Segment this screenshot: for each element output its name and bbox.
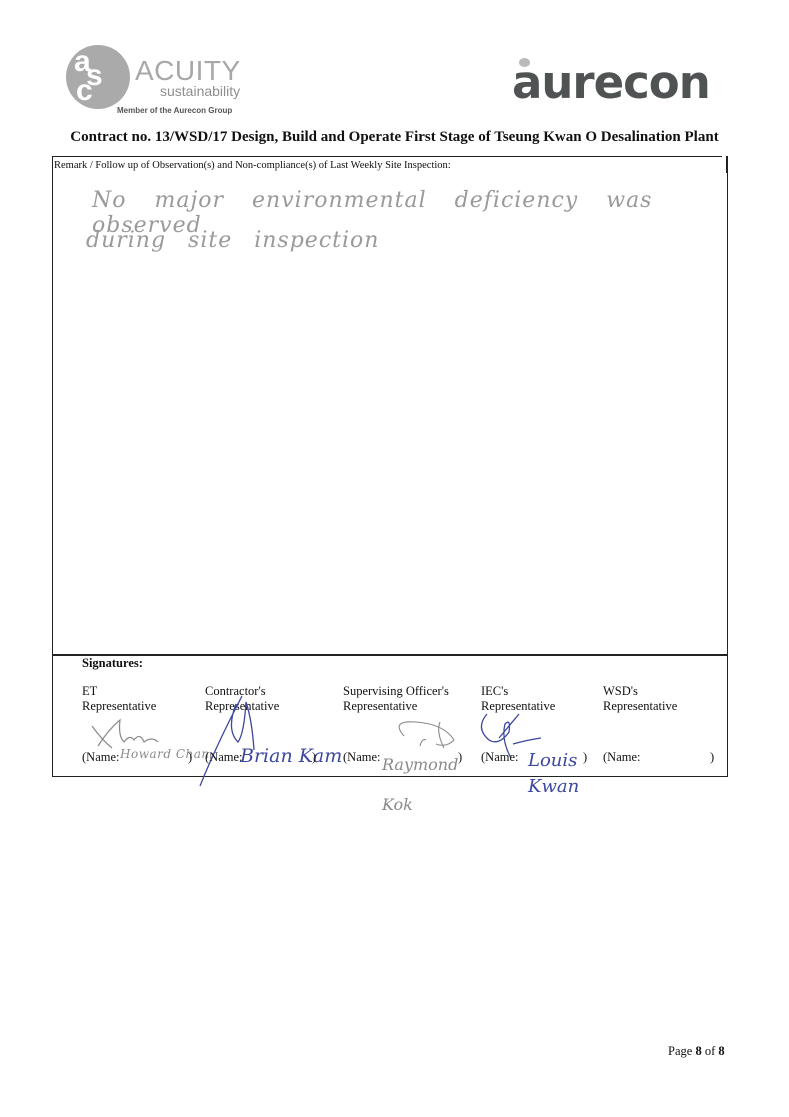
- iec-handwritten-name: Louis Kwan: [528, 748, 588, 800]
- signatures-heading: Signatures:: [82, 656, 143, 671]
- contractor-name-field: (Name:: [205, 750, 242, 765]
- supervising-name-field: (Name:: [343, 750, 380, 765]
- aurecon-logo: aurecon: [512, 58, 710, 108]
- role-line-1: IEC's: [481, 684, 555, 699]
- handwritten-remark-line-2: during site inspection: [86, 228, 379, 253]
- contractor-handwritten-name: Brian Kam: [240, 745, 342, 767]
- aurecon-logo-dot-icon: [519, 58, 530, 67]
- role-line-2: Representative: [603, 699, 677, 714]
- contractor-name-close: ): [312, 750, 316, 765]
- acuity-logo-name: ACUITY: [135, 57, 241, 85]
- role-line-2: Representative: [343, 699, 449, 714]
- signature-role-wsd: WSD's Representative: [603, 684, 677, 714]
- role-line-1: ET: [82, 684, 156, 699]
- page-number: Page 8 of 8: [668, 1044, 725, 1059]
- contract-title: Contract no. 13/WSD/17 Design, Build and…: [0, 129, 789, 146]
- acuity-logo-subtitle: sustainability: [160, 84, 240, 98]
- iec-name-field: (Name:: [481, 750, 518, 765]
- remark-section-label: Remark / Follow up of Observation(s) and…: [54, 160, 451, 171]
- contractor-signature-scribble-icon: [196, 690, 286, 790]
- et-name-field: (Name:: [82, 750, 119, 765]
- signature-role-supervising-officer: Supervising Officer's Representative: [343, 684, 449, 714]
- role-line-1: WSD's: [603, 684, 677, 699]
- iec-name-close: ): [583, 750, 587, 765]
- signature-role-et: ET Representative: [82, 684, 156, 714]
- et-signature-scribble-icon: [88, 712, 168, 752]
- monogram-letter-c: c: [76, 76, 93, 106]
- et-name-close: ): [188, 750, 192, 765]
- section-divider: [52, 654, 728, 656]
- supervising-name-close: ): [458, 750, 462, 765]
- wsd-name-field: (Name:: [603, 750, 640, 765]
- acuity-logo-tagline: Member of the Aurecon Group: [117, 106, 232, 115]
- wsd-name-close: ): [710, 750, 714, 765]
- role-line-1: Supervising Officer's: [343, 684, 449, 699]
- acuity-monogram: a s c: [66, 45, 130, 109]
- box-corner-edge: [726, 156, 728, 173]
